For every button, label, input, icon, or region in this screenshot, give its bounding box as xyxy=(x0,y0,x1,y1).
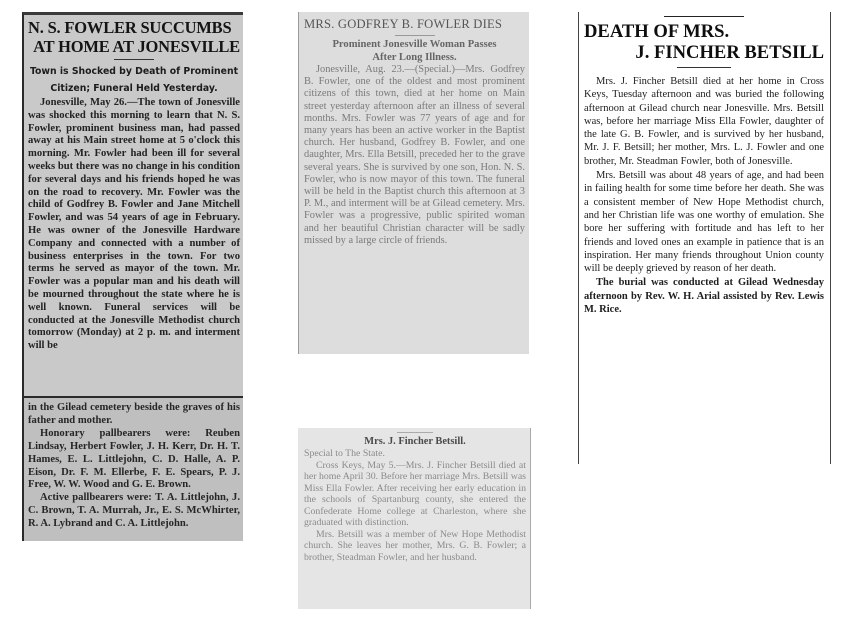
headline-line-2: J. FINCHER BETSILL xyxy=(584,42,824,63)
clipping-ns-fowler-continuation: in the Gilead cemetery beside the graves… xyxy=(22,396,243,541)
clipping-betsill-long: DEATH OF MRS. J. FINCHER BETSILL Mrs. J.… xyxy=(578,12,831,464)
clipping-ns-fowler: N. S. FOWLER SUCCUMBS AT HOME AT JONESVI… xyxy=(22,12,243,396)
deck-subheadline: Town is Shocked by Death of Prominent Ci… xyxy=(28,63,240,97)
divider-rule xyxy=(395,35,435,36)
active-pallbearers-paragraph: Active pallbearers were: T. A. Littlejoh… xyxy=(28,492,240,531)
clipping-betsill-short: Mrs. J. Fincher Betsill. Special to The … xyxy=(298,428,531,609)
clipping-mrs-godfrey-fowler: MRS. GODFREY B. FOWLER DIES Prominent Jo… xyxy=(298,12,529,354)
divider-rule xyxy=(397,432,433,433)
divider-rule xyxy=(677,67,731,68)
body-paragraph: Mrs. Betsill was a member of New Hope Me… xyxy=(304,529,526,564)
headline-line-1: DEATH OF MRS. xyxy=(584,21,824,42)
burial-paragraph: The burial was conducted at Gilead Wedne… xyxy=(584,276,824,316)
body-paragraph: Jonesville, May 26.—The town of Jonesvil… xyxy=(28,97,240,353)
headline-line-2: AT HOME AT JONESVILLE xyxy=(28,37,240,56)
body-paragraph: Jonesville, Aug. 23.—(Special.)—Mrs. God… xyxy=(304,64,525,247)
honorary-pallbearers-paragraph: Honorary pallbearers were: Reuben Lindsa… xyxy=(28,428,240,493)
divider-rule-top xyxy=(664,16,744,17)
deck-line-2: After Long Illness. xyxy=(304,52,525,65)
headline: MRS. GODFREY B. FOWLER DIES xyxy=(304,16,525,32)
deck-line-1: Prominent Jonesville Woman Passes xyxy=(304,39,525,52)
byline: Special to The State. xyxy=(304,448,526,460)
body-paragraph: Cross Keys, May 5.—Mrs. J. Fincher Betsi… xyxy=(304,460,526,529)
headline-line-1: N. S. FOWLER SUCCUMBS xyxy=(28,18,240,37)
headline: Mrs. J. Fincher Betsill. xyxy=(304,435,526,448)
body-paragraph: Mrs. J. Fincher Betsill died at her home… xyxy=(584,75,824,168)
body-paragraph: Mrs. Betsill was about 48 years of age, … xyxy=(584,169,824,275)
divider-rule xyxy=(114,59,154,60)
body-paragraph: in the Gilead cemetery beside the graves… xyxy=(28,402,240,428)
